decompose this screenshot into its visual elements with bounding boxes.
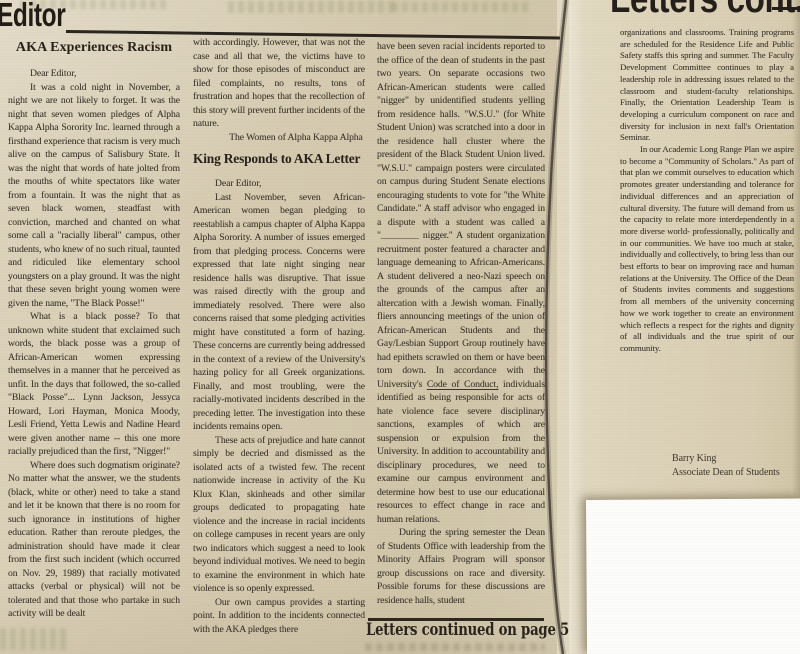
article-title-aka: AKA Experiences Racism [8,40,180,56]
editor-masthead: Editor [0,0,65,34]
paragraph: These acts of prejudice and hate cannot … [193,434,365,596]
scanned-newspaper-page: Editor Letters cont. AKA Experiences Rac… [0,0,800,654]
masthead-rule [772,7,800,10]
paragraph-text: have been seven racial incidents reporte… [377,41,545,390]
paragraph-text: individuals identified as being responsi… [377,379,545,525]
paragraph: During the spring semester the Dean of S… [377,526,545,607]
paragraph: Our own campus provides a starting point… [193,596,365,637]
article-title-king: King Responds to AKA Letter [193,152,358,168]
column-2: with accordingly. However, that was not … [193,36,365,654]
signature-name: Barry King [672,452,780,466]
salutation: Dear Editor, [193,177,365,191]
paragraph: Where does such dogmatism originate? No … [8,459,180,621]
signoff-aka: The Women of Alpha Kappa Alpha [193,131,365,145]
white-sheet [586,498,800,654]
paragraph: have been seven racial incidents reporte… [377,40,545,526]
paragraph: with accordingly. However, that was not … [193,36,365,131]
paragraph: What is a black posse? To that unknown w… [8,310,180,459]
letters-cont-column: organizations and classrooms. Training p… [620,27,794,451]
salutation: Dear Editor, [8,67,180,81]
paragraph: It was a cold night in November, a night… [8,81,180,311]
footer-continued-notice: Letters continued on page 5 [366,620,569,640]
column-3: have been seven racial incidents reporte… [377,40,545,614]
paragraph: Last November, seven African-American wo… [193,191,365,434]
paragraph: In our Academic Long Range Plan we aspir… [620,144,794,355]
signature-title: Associate Dean of Students [672,466,780,480]
paragraph: organizations and classrooms. Training p… [620,27,794,144]
code-of-conduct-reference: Code of Conduct, [427,379,499,390]
letters-cont-masthead: Letters cont. [610,0,800,22]
signature-block: Barry King Associate Dean of Students [672,452,780,480]
column-1: AKA Experiences Racism Dear Editor, It w… [8,40,180,654]
